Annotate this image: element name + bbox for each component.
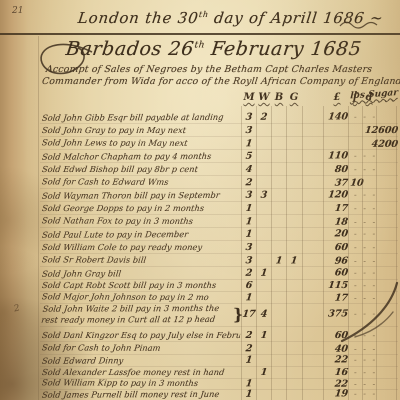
account-title-line1: Accompt of Sales of Negroes by the Betha… bbox=[45, 64, 372, 75]
amount-pounds: 37 bbox=[315, 178, 348, 189]
count-m: 1 bbox=[241, 292, 256, 303]
ledger-row-description: Sold Edwd Bishop bill pay 8br p cent bbox=[41, 164, 240, 175]
leader-dashes: - - - bbox=[354, 204, 377, 213]
amount-pounds: 22 bbox=[315, 354, 348, 365]
column-rule bbox=[376, 106, 377, 400]
column-rule bbox=[302, 106, 303, 400]
count-m: 3 bbox=[241, 112, 256, 123]
ledger-row-description: Sold for Cash to John Pinam bbox=[41, 342, 240, 354]
leader-dashes: - - - bbox=[354, 309, 377, 318]
leader-dashes: - - - bbox=[354, 331, 377, 340]
row-guide-line bbox=[40, 201, 398, 202]
amount-pounds: 120 bbox=[315, 189, 348, 200]
leader-dashes: - - - bbox=[354, 389, 377, 398]
count-m: 1 bbox=[241, 378, 256, 389]
column-rule bbox=[323, 106, 324, 400]
count-m: 2 bbox=[241, 330, 256, 341]
row-guide-line bbox=[40, 214, 398, 215]
column-header-women: W bbox=[257, 92, 271, 103]
amount-pounds: 115 bbox=[315, 280, 348, 291]
row-guide-line bbox=[40, 389, 398, 390]
barbados-dateline: Barbados 26th February 1685 bbox=[65, 38, 363, 60]
column-rule bbox=[256, 106, 257, 400]
ledger-row-description: Sold Malchor Chapham to pay 4 months bbox=[41, 151, 240, 163]
amount-pounds: 60 bbox=[315, 242, 348, 253]
ledger-row-description: Sold Paul Lute to pay in December bbox=[41, 229, 240, 241]
folio-number: 21 bbox=[12, 6, 23, 16]
column-header-boys: B bbox=[272, 92, 286, 103]
ledger-row-description: Sold John Gray to pay in May next bbox=[41, 125, 240, 136]
row-guide-line bbox=[40, 227, 398, 228]
ledger-row-description: Sold John Waite 2 bill pay in 3 months t… bbox=[41, 303, 242, 326]
amount-pounds: 140 bbox=[315, 111, 348, 122]
column-header-girls: G bbox=[287, 92, 301, 103]
amount-pounds: 17 bbox=[315, 203, 348, 214]
amount-pounds: 110 bbox=[315, 150, 348, 161]
column-rule bbox=[38, 36, 39, 400]
count-m: 1 bbox=[241, 389, 256, 400]
amount-pounds: 80 bbox=[315, 164, 348, 175]
ledger-row-description: Sold John Lews to pay in May next bbox=[41, 137, 240, 149]
count-m: 1 bbox=[241, 138, 256, 149]
column-rule bbox=[362, 106, 363, 400]
row-guide-line bbox=[40, 291, 398, 292]
count-w: 1 bbox=[256, 268, 271, 279]
count-m: 3 bbox=[241, 125, 256, 136]
ledger-row-description-line2: rest ready money in Curt all at 12 p hea… bbox=[41, 314, 240, 326]
ledger-row-description: Sold Major John Johnson to pay in 2 mo bbox=[41, 291, 240, 303]
ledger-page: 21 London the 30th day of Aprill 1686 ~ … bbox=[0, 0, 400, 400]
row-guide-line bbox=[40, 240, 398, 241]
barbados-dateline-post: February 1685 bbox=[203, 38, 363, 60]
count-m: 17 bbox=[241, 309, 256, 320]
count-w: 4 bbox=[256, 309, 271, 320]
ledger-row-description: Sold Edward Dinny bbox=[41, 355, 240, 367]
leader-dashes: - - - bbox=[354, 355, 377, 364]
ledger-row-description: Sold James Purnell bill money rest in Ju… bbox=[41, 389, 240, 400]
count-m: 3 bbox=[241, 242, 256, 253]
header-rule bbox=[0, 33, 400, 35]
ledger-row-description: Sold Nathan Fox to pay in 3 months bbox=[41, 215, 240, 227]
column-rule bbox=[286, 106, 287, 400]
amount-pounds: 60 bbox=[315, 267, 348, 278]
leader-dashes: - - - bbox=[354, 368, 377, 377]
row-guide-line bbox=[40, 354, 398, 355]
london-dateline: London the 30th day of Aprill 1686 ~ bbox=[77, 9, 385, 27]
row-guide-line bbox=[40, 341, 398, 342]
row-guide-line bbox=[40, 123, 398, 124]
count-m: 5 bbox=[241, 151, 256, 162]
count-m: 6 bbox=[241, 280, 256, 291]
leader-dashes: - - - bbox=[354, 218, 377, 227]
ledger-row-description: Sold Danl Kingzor Esq to pay July else i… bbox=[41, 330, 240, 341]
count-w: 3 bbox=[256, 190, 271, 201]
count-w: 1 bbox=[256, 367, 271, 378]
account-title-line2: Commander from Wida for acco of the Royl… bbox=[41, 76, 400, 87]
column-header-sugar: lbs Sugar bbox=[342, 88, 398, 102]
leader-dashes: - - - bbox=[354, 281, 377, 290]
column-rule bbox=[271, 106, 272, 400]
leader-dashes: - - - bbox=[354, 268, 377, 277]
leader-dashes: - - - bbox=[354, 151, 377, 160]
column-header-men: M bbox=[242, 92, 256, 103]
ledger-row-description: Sold William Cole to pay ready money bbox=[41, 242, 240, 253]
count-m: 3 bbox=[241, 255, 256, 266]
leader-dashes: - - - bbox=[354, 243, 377, 252]
london-dateline-post: day of Aprill 1686 ~ bbox=[207, 9, 384, 27]
leader-dashes: - - - bbox=[354, 190, 377, 199]
leader-dashes: - - - bbox=[354, 229, 377, 238]
row-guide-line bbox=[40, 303, 398, 304]
ledger-row: Sold John Waite 2 bill pay in 3 months t… bbox=[0, 302, 400, 328]
count-m: 3 bbox=[241, 190, 256, 201]
count-w: 1 bbox=[256, 330, 271, 341]
row-guide-line bbox=[40, 326, 398, 327]
row-guide-line bbox=[40, 175, 398, 176]
amount-pounds: 19 bbox=[315, 388, 348, 399]
count-m: 2 bbox=[241, 268, 256, 279]
amount-pounds: 18 bbox=[315, 217, 348, 228]
column-rule bbox=[241, 106, 242, 400]
ledger-row-description: Sold John Gray bill bbox=[41, 268, 240, 280]
ledger-row-description: Sold Sr Robert Davis bill bbox=[41, 254, 240, 266]
london-dateline-pre: London the 30 bbox=[77, 9, 200, 27]
ledger-row-description: Sold for Cash to Edward Wms bbox=[41, 176, 240, 188]
count-m: 4 bbox=[241, 164, 256, 175]
row-guide-line bbox=[40, 149, 398, 150]
amount-pounds: 375 bbox=[315, 308, 348, 319]
ledger-row-description: Sold John Gibb Esqr bill payable at land… bbox=[41, 112, 240, 124]
barbados-dateline-pre: Barbados 26 bbox=[65, 38, 196, 60]
row-guide-line bbox=[40, 162, 398, 163]
amount-sugar: 12600 bbox=[357, 125, 398, 136]
count-b: 1 bbox=[271, 255, 286, 266]
leader-dashes: - - - bbox=[354, 112, 377, 121]
row-guide-line bbox=[40, 188, 398, 189]
amount-pounds: 60 bbox=[315, 330, 348, 341]
amount-pounds: 16 bbox=[315, 367, 348, 378]
count-m: 2 bbox=[241, 177, 256, 188]
row-guide-line bbox=[40, 266, 398, 267]
ledger-row-description: Sold Alexander Lassfoe money rest in han… bbox=[41, 367, 240, 378]
count-w: 2 bbox=[256, 112, 271, 123]
count-m: 1 bbox=[241, 216, 256, 227]
ledger-row-description: Sold Wayman Thoron bill pay in Septembr bbox=[41, 190, 240, 202]
leader-dashes: - - - bbox=[354, 165, 377, 174]
amount-pounds: 20 bbox=[315, 228, 348, 239]
leader-dashes: - - - bbox=[354, 345, 377, 354]
ledger-row-description: Sold George Dopps to pay in 2 months bbox=[41, 203, 240, 214]
leader-dashes: - - - bbox=[354, 257, 377, 266]
count-m: 1 bbox=[241, 203, 256, 214]
column-rule bbox=[348, 106, 349, 400]
amount-pounds: 96 bbox=[315, 256, 348, 267]
count-m: 1 bbox=[241, 229, 256, 240]
amount-pounds: 40 bbox=[315, 344, 348, 355]
ledger-row-description: Sold Capt Robt Scott bill pay in 3 month… bbox=[41, 280, 240, 291]
row-guide-line bbox=[40, 253, 398, 254]
row-guide-line bbox=[40, 366, 398, 367]
row-guide-line bbox=[40, 279, 398, 280]
count-g: 1 bbox=[286, 255, 301, 266]
count-m: 1 bbox=[241, 355, 256, 366]
ledger-row-description: Sold William Kipp to pay in 3 months bbox=[41, 377, 240, 389]
row-guide-line bbox=[40, 136, 398, 137]
row-guide-line bbox=[40, 378, 398, 379]
column-rule bbox=[396, 106, 397, 400]
count-m: 2 bbox=[241, 343, 256, 354]
